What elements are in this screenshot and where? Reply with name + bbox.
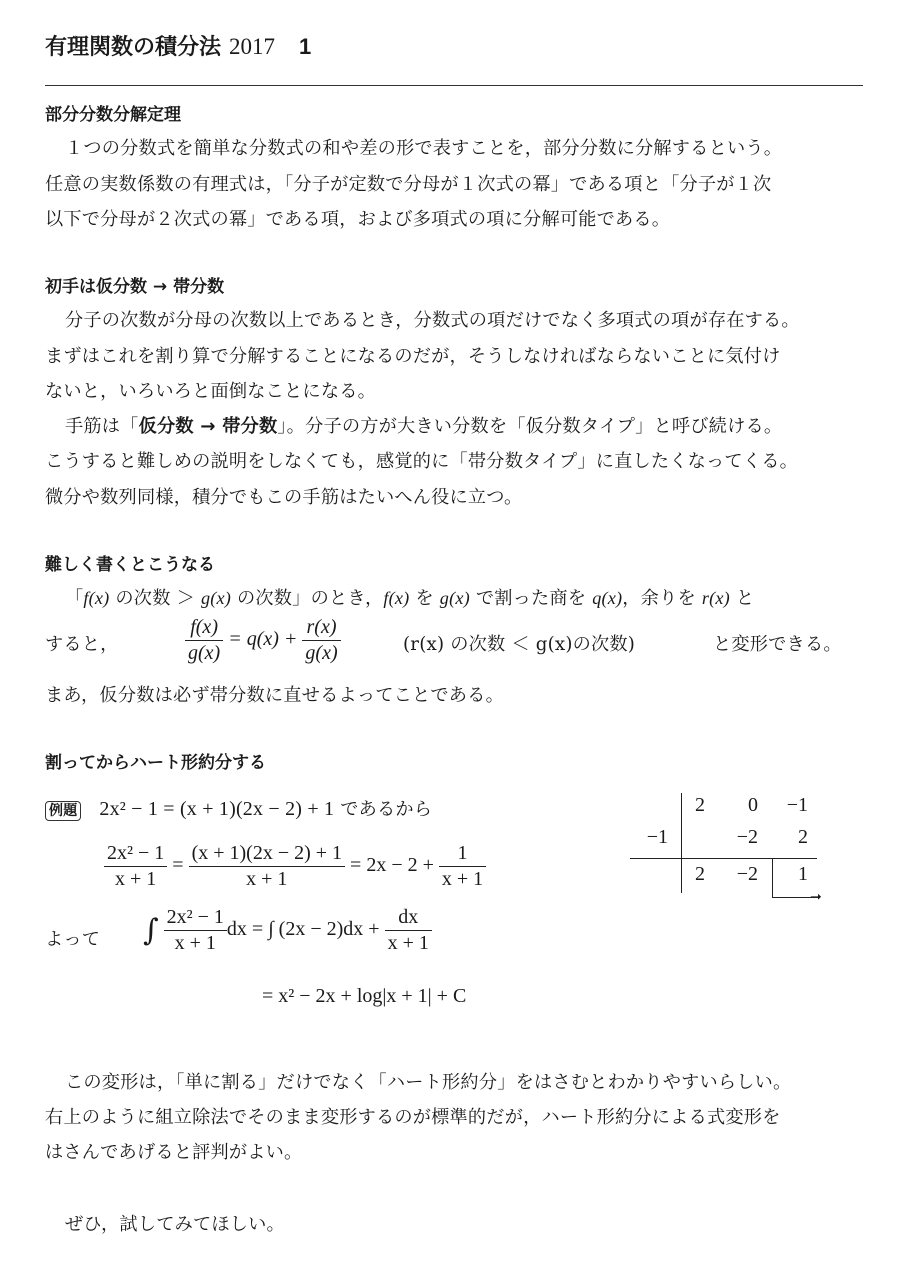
coef: −2 bbox=[718, 826, 758, 849]
numerator: 2x² − 1 bbox=[104, 842, 167, 867]
numerator: (x + 1)(2x − 2) + 1 bbox=[189, 842, 345, 867]
paragraph-line: ぜひ，試してみてほしい。 bbox=[65, 1210, 285, 1236]
text-fragment: の次数 ＞ bbox=[109, 588, 201, 609]
coef: 0 bbox=[718, 794, 758, 817]
text-fragment: 」。分子の方が大きい分数を「仮分数タイプ」と呼び続ける。 bbox=[277, 416, 782, 437]
paragraph-line: 分子の次数が分母の次数以上であるとき，分数式の項だけでなく多項式の項が存在する。 bbox=[65, 306, 800, 332]
paragraph-line: １つの分数式を簡単な分数式の和や差の形で表すことを，部分分数に分解するという。 bbox=[65, 134, 782, 160]
paragraph-line: と変形できる。 bbox=[713, 630, 842, 656]
coef: −1 bbox=[768, 794, 808, 817]
example-badge: 例題 bbox=[45, 801, 81, 821]
math-qx: q(x) bbox=[592, 588, 622, 608]
bold-phrase: 仮分数 → 帯分数 bbox=[139, 416, 278, 437]
title-year: 2017 bbox=[229, 34, 275, 59]
denominator: x + 1 bbox=[164, 931, 227, 955]
text-fragment: と bbox=[730, 588, 754, 609]
denominator: x + 1 bbox=[385, 931, 432, 955]
numerator: 2x² − 1 bbox=[164, 906, 227, 931]
paragraph-line: 手筋は「仮分数 → 帯分数」。分子の方が大きい分数を「仮分数タイプ」と呼び続ける… bbox=[65, 412, 782, 438]
fraction-decomposition: 2x² − 1x + 1 = (x + 1)(2x − 2) + 1x + 1 … bbox=[104, 842, 486, 891]
integral-equation: ∫ 2x² − 1x + 1dx = ∫ (2x − 2)dx + dxx + … bbox=[143, 906, 432, 955]
numerator: 1 bbox=[439, 842, 486, 867]
integral-sign: ∫ bbox=[143, 913, 159, 948]
section-heading-formal: 難しく書くとこうなる bbox=[45, 550, 215, 575]
text-fragment: であるから bbox=[334, 799, 432, 820]
paragraph-line: よって bbox=[45, 925, 100, 951]
numerator: f(x) bbox=[185, 616, 223, 641]
coef: 2 bbox=[665, 794, 705, 817]
paragraph-line: 微分や数列同様，積分でもこの手筋はたいへん役に立つ。 bbox=[45, 483, 522, 509]
numerator: dx bbox=[385, 906, 432, 931]
paragraph-line: ないと，いろいろと面倒なことになる。 bbox=[45, 377, 376, 403]
quotient-coef: −2 bbox=[718, 863, 758, 886]
degree-condition: (r(x) の次数 ＜ g(x)の次数) bbox=[403, 630, 635, 656]
paragraph-line: 以下で分母が２次式の冪」である項，および多項式の項に分解可能である。 bbox=[45, 205, 670, 231]
fraction: 1x + 1 bbox=[439, 842, 486, 891]
paragraph-line: 任意の実数係数の有理式は，「分子が定数で分母が１次式の冪」である項と「分子が１次 bbox=[45, 170, 771, 196]
fraction: r(x)g(x) bbox=[302, 616, 340, 665]
math-fragment: dx = ∫ (2x − 2)dx + bbox=[227, 918, 385, 940]
fraction: f(x)g(x) bbox=[185, 616, 223, 665]
math-fragment: = q(x) + bbox=[223, 628, 302, 650]
title-text: 有理関数の積分法 bbox=[45, 35, 221, 60]
paragraph-line: まずはこれを割り算で分解することになるのだが，そうしなければならないことに気付け bbox=[45, 342, 781, 368]
paragraph-line: 「f(x) の次数 ＞ g(x) の次数」のとき，f(x) を g(x) で割っ… bbox=[65, 584, 754, 610]
remainder: 1 bbox=[768, 863, 808, 886]
text-fragment: で割った商を bbox=[470, 588, 592, 609]
denominator: x + 1 bbox=[439, 867, 486, 891]
text-fragment: ，余りを bbox=[622, 588, 702, 609]
synthetic-division: ➝ 2 0 −1 −1 −2 2 2 −2 1 bbox=[630, 790, 825, 900]
header-divider bbox=[45, 85, 863, 86]
example-line: 例題 2x² − 1 = (x + 1)(2x − 2) + 1 であるから bbox=[45, 795, 432, 821]
coef: 2 bbox=[768, 826, 808, 849]
equals: = bbox=[172, 854, 183, 876]
paragraph-line: まあ，仮分数は必ず帯分数に直せるよってことである。 bbox=[45, 681, 504, 707]
divider-horizontal bbox=[630, 858, 817, 859]
math-gx: g(x) bbox=[440, 588, 470, 608]
math-fragment: = 2x − 2 + bbox=[350, 854, 434, 876]
arrow-right-icon: ➝ bbox=[810, 889, 822, 905]
text-fragment: 「 bbox=[65, 588, 83, 609]
math-fx: f(x) bbox=[383, 588, 409, 608]
denominator: x + 1 bbox=[104, 867, 167, 891]
numerator: r(x) bbox=[302, 616, 340, 641]
text-fragment: 手筋は「 bbox=[65, 416, 139, 437]
math-rx: r(x) bbox=[702, 588, 730, 608]
paragraph-line: すると， bbox=[45, 630, 119, 656]
denominator: g(x) bbox=[302, 641, 340, 665]
section-heading-improper-to-mixed: 初手は仮分数 → 帯分数 bbox=[45, 272, 224, 297]
quotient-coef: 2 bbox=[665, 863, 705, 886]
denominator: x + 1 bbox=[189, 867, 345, 891]
section-heading-heart-reduction: 割ってからハート形約分する bbox=[45, 748, 266, 773]
denominator: g(x) bbox=[185, 641, 223, 665]
page-title: 有理関数の積分法20171 bbox=[45, 30, 311, 61]
paragraph-line: 右上のように組立除法でそのまま変形するのが標準的だが，ハート形約分による式変形を bbox=[45, 1103, 781, 1129]
math-gx: g(x) bbox=[201, 588, 231, 608]
fraction: (x + 1)(2x − 2) + 1x + 1 bbox=[189, 842, 345, 891]
text-fragment: の次数」のとき， bbox=[231, 588, 383, 609]
paragraph-line: こうすると難しめの説明をしなくても，感覚的に「帯分数タイプ」に直したくなってくる… bbox=[45, 447, 798, 473]
math-fx: f(x) bbox=[83, 588, 109, 608]
example-equation: 2x² − 1 = (x + 1)(2x − 2) + 1 bbox=[99, 798, 334, 820]
integral-result: = x² − 2x + log|x + 1| + C bbox=[262, 985, 466, 1008]
fraction: dxx + 1 bbox=[385, 906, 432, 955]
divisor: −1 bbox=[628, 826, 668, 849]
fraction: 2x² − 1x + 1 bbox=[104, 842, 167, 891]
text-fragment: を bbox=[409, 588, 439, 609]
division-formula: f(x)g(x) = q(x) + r(x)g(x) bbox=[185, 616, 341, 665]
paragraph-line: この変形は，「単に割る」だけでなく「ハート形約分」をはさむとわかりやすいらしい。 bbox=[65, 1068, 791, 1094]
fraction: 2x² − 1x + 1 bbox=[164, 906, 227, 955]
section-heading-partial-fractions: 部分分数分解定理 bbox=[45, 100, 181, 125]
page-number: 1 bbox=[299, 34, 311, 59]
paragraph-line: はさんであげると評判がよい。 bbox=[45, 1138, 302, 1164]
